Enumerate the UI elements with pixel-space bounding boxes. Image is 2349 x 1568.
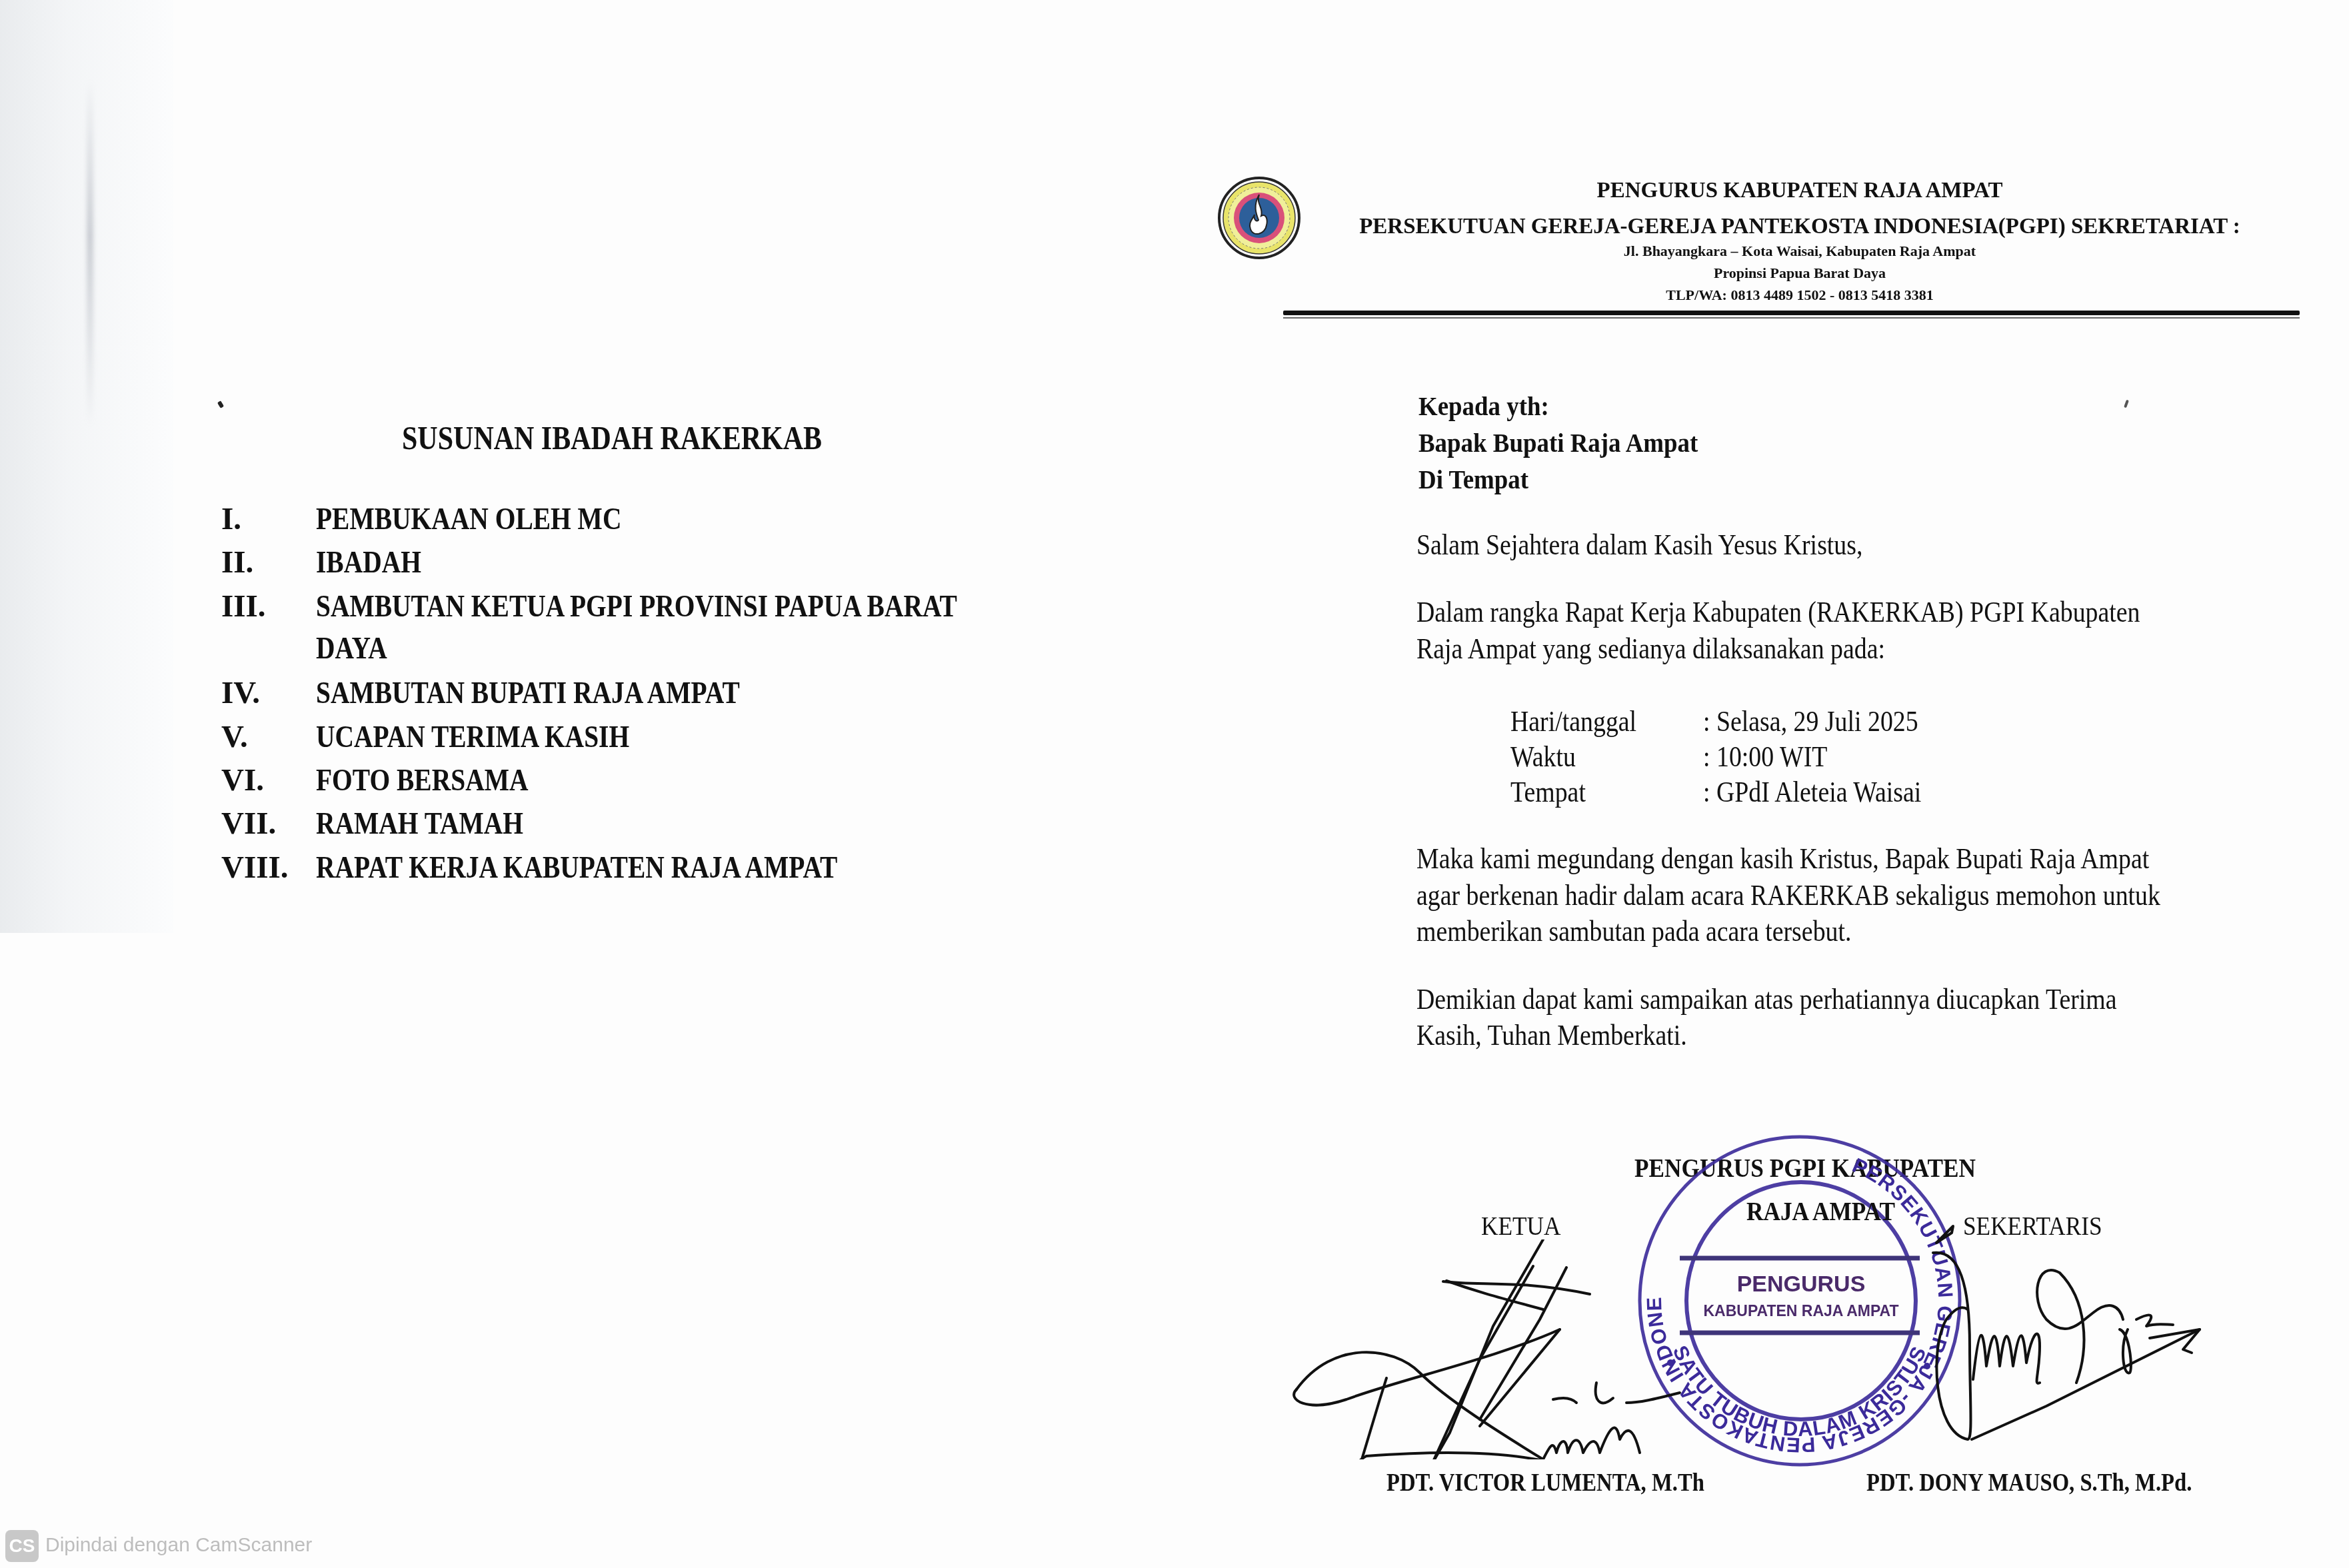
recipient-line: Bapak Bupati Raja Ampat: [1418, 426, 1729, 458]
closing-line: Demikian dapat kami sampaikan atas perha…: [1416, 982, 2231, 1016]
letterhead-line-1: PENGURUS KABUPATEN RAJA AMPAT: [1597, 179, 2003, 203]
letterhead-phone: TLP/WA: 0813 4489 1502 - 0813 5418 3381: [1666, 287, 1934, 304]
stray-mark: [217, 400, 224, 408]
intro-line: Raja Ampat yang sedianya dilaksanakan pa…: [1416, 632, 1961, 666]
agenda-title: SUSUNAN IBADAH RAKERKAB: [402, 418, 902, 457]
pgpi-logo-icon: [1217, 176, 1301, 260]
chair-signature: [1280, 1239, 1706, 1459]
detail-value: : GPdI Aleteia Waisai: [1703, 775, 1957, 809]
recipient-line: Di Tempat: [1418, 463, 1540, 495]
secretary-name: PDT. DONY MAUSO, S.Th, M.Pd.: [1866, 1468, 2245, 1497]
detail-label: Hari/tanggal: [1510, 704, 1657, 738]
request-line: memberikan sambutan pada acara tersebut.: [1416, 914, 1922, 948]
letterhead-rule-thin: [1283, 317, 2300, 319]
request-line: agar berkenan hadir dalam acara RAKERKAB…: [1416, 878, 2282, 912]
camscanner-watermark: Dipindai dengan CamScanner: [45, 1534, 312, 1557]
stamp-center-line-1: PENGURUS: [1737, 1271, 1866, 1297]
request-line: Maka kami megundang dengan kasih Kristus…: [1416, 842, 2268, 876]
letterhead-rule: [1283, 311, 2300, 315]
greeting: Salam Sejahtera dalam Kasih Yesus Kristu…: [1416, 528, 1935, 562]
closing-line: Kasih, Tuhan Memberkati.: [1416, 1018, 1731, 1052]
detail-value: : Selasa, 29 Juli 2025: [1703, 704, 1953, 738]
stamp-center-line-2: KABUPATEN RAJA AMPAT: [1703, 1302, 1898, 1319]
recipient-line: Kepada yth:: [1418, 390, 1564, 422]
letterhead-address: Jl. Bhayangkara – Kota Waisai, Kabupaten…: [1624, 243, 1976, 260]
signature-org-line: RAJA AMPAT: [1746, 1195, 1919, 1227]
chair-role: KETUA: [1481, 1209, 1574, 1241]
detail-label: Tempat: [1510, 775, 1598, 809]
stray-mark: [2124, 400, 2129, 408]
letterhead-line-2: PERSEKUTUAN GEREJA-GEREJA PANTEKOSTA IND…: [1359, 215, 2240, 239]
detail-label: Waktu: [1510, 740, 1586, 774]
paper-fold-crease: [87, 80, 93, 426]
intro-line: Dalam rangka Rapat Kerja Kabupaten (RAKE…: [1416, 595, 2258, 629]
chair-name: PDT. VICTOR LUMENTA, M.Th: [1386, 1468, 1756, 1497]
letterhead-province: Propinsi Papua Barat Daya: [1714, 265, 1886, 282]
detail-value: : 10:00 WIT: [1703, 740, 1848, 774]
camscanner-logo-icon: CS: [5, 1530, 39, 1562]
secretary-signature: [1920, 1213, 2226, 1446]
